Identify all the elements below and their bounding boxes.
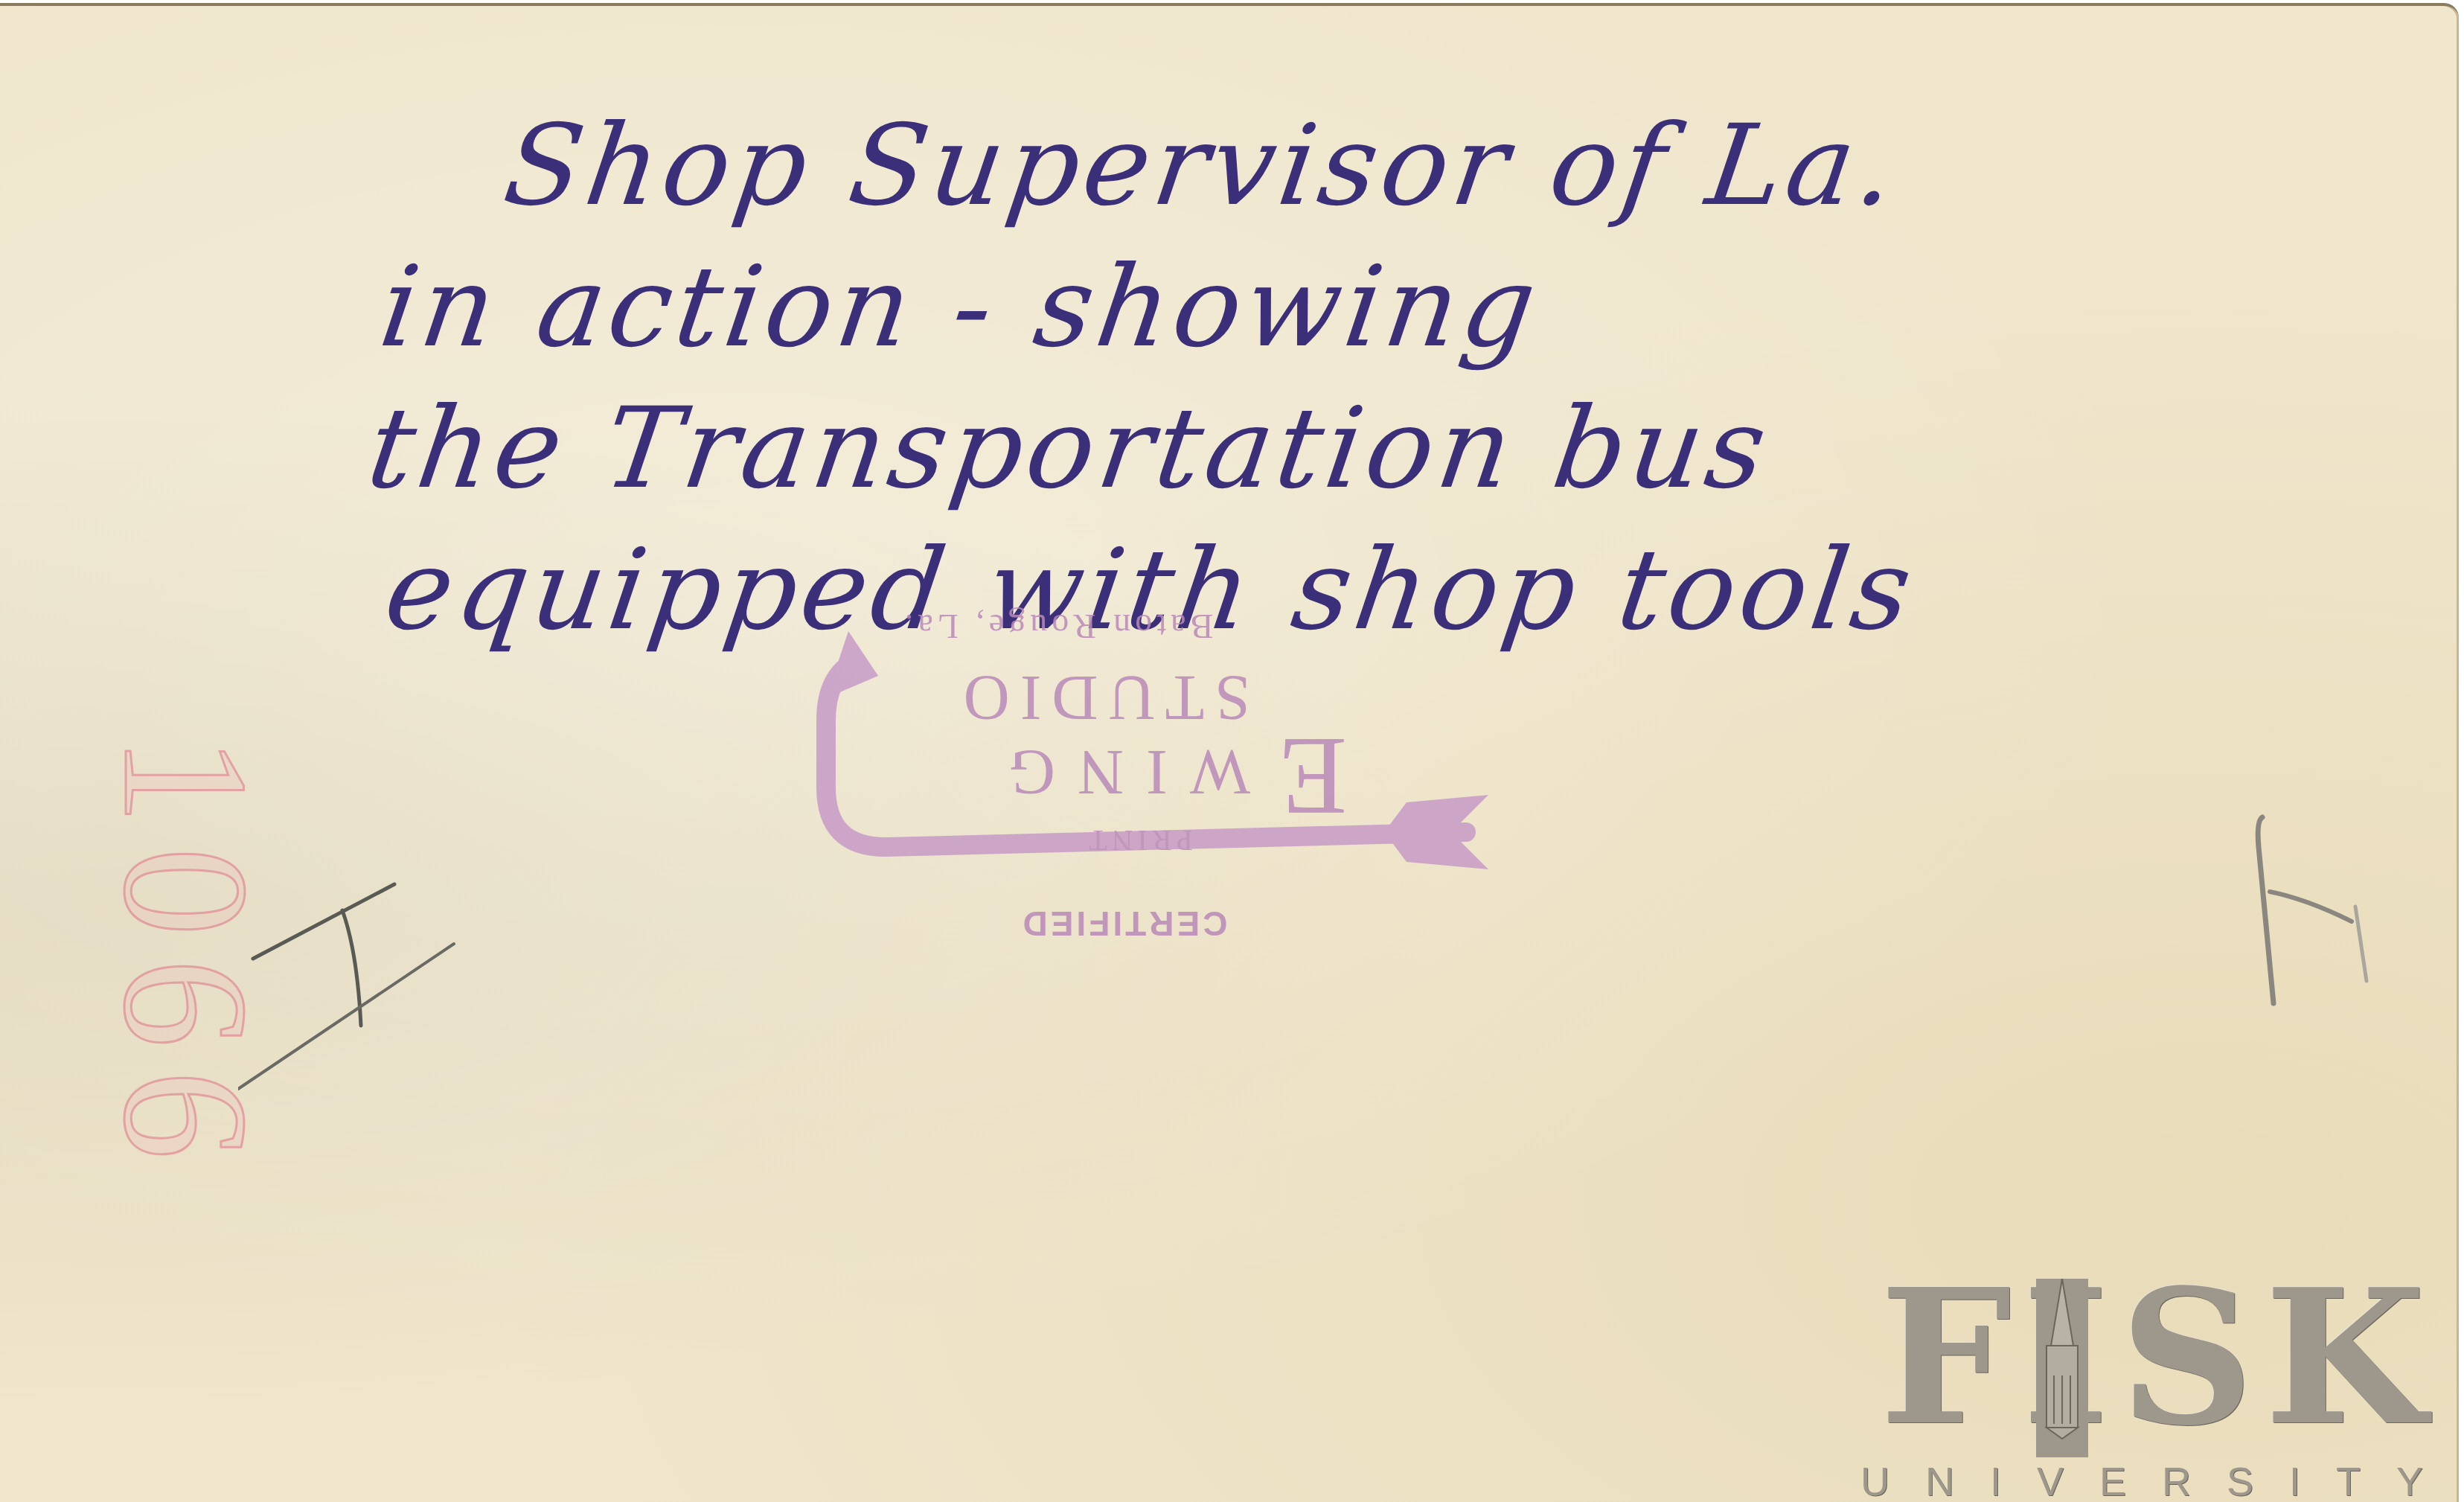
logo-wordmark: FISK [1860, 1264, 2456, 1450]
handwritten-inscription: Shop Supervisor of La. in action - showi… [333, 95, 2124, 661]
stamp-studio: STUDIO [953, 661, 1250, 735]
stamp-city: Baton Rouge, La. [826, 607, 1287, 646]
stamp-print: PRINT [1027, 823, 1250, 858]
inscription-line-1: Shop Supervisor of La. [496, 95, 2124, 237]
pencil-mark-right [2240, 802, 2389, 1026]
studio-stamp: CERTIFIED PRINT E WING STUDIO Baton Roug… [781, 594, 1496, 944]
bell-tower-icon [2036, 1279, 2088, 1457]
inscription-line-3: the Transportation bus [359, 378, 2084, 520]
photograph-back: Shop Supervisor of La. in action - showi… [0, 3, 2459, 1502]
pencil-mark-left [238, 795, 476, 1108]
inscription-line-2: in action - showing [372, 237, 2104, 378]
stamp-initial: E [1279, 720, 1347, 832]
logo-subtitle: UNIVERSITY [1860, 1459, 2456, 1502]
fisk-university-logo: FISK UNIVERSITY [1860, 1264, 2456, 1502]
stamp-certified: CERTIFIED [900, 904, 1347, 944]
stamp-name: WING [987, 735, 1250, 810]
